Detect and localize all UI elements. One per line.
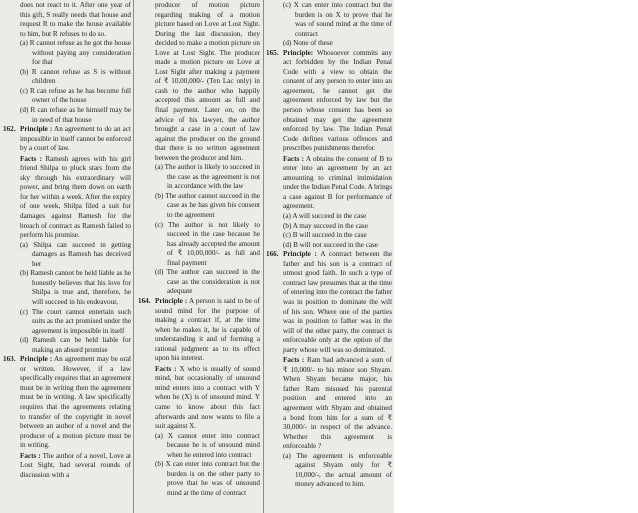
option-b: (b) A may succeed in the case (283, 222, 392, 232)
question-164: 164. Principle : A person is said to be … (138, 297, 260, 498)
facts-label: Facts : (20, 155, 42, 163)
facts-label: Facts : (155, 365, 177, 373)
option-a: (a) R cannot refuse as he got the house … (20, 39, 131, 68)
option-d: (d) None of these (283, 39, 392, 49)
principle-label: Principle : (155, 297, 187, 305)
facts: Facts : Ram had advanced a sum of ₹ 10,0… (283, 356, 392, 451)
principle-text: An agreement may be oral or written. How… (20, 355, 131, 449)
option-d: (d) R can refuse as he himself may be in… (20, 106, 131, 125)
facts-label: Facts : (20, 452, 41, 460)
principle: Principle : An agreement to do an act im… (20, 125, 131, 154)
option-c: (c) R can refuse as he has become full o… (20, 87, 131, 106)
option-d: (d) B will not succeed in the case (283, 241, 392, 251)
question-166: 166. Principle : A contract between the … (266, 250, 392, 490)
principle-label: Principle : (20, 125, 52, 133)
question-number: 164. (138, 297, 151, 307)
option-b: (b) R cannot refuse as S is without chil… (20, 68, 131, 87)
facts-text: A obtains the consent of B to enter into… (283, 155, 392, 211)
principle-label: Principle: (283, 49, 313, 57)
option-a: (a) Shilpa can succeed in getting damage… (20, 241, 131, 270)
facts-label: Facts : (283, 155, 304, 163)
principle-label: Principle : (20, 355, 52, 363)
column-1: does not react to it. After one year of … (3, 1, 131, 513)
option-a: (a) A will succeed in the case (283, 212, 392, 222)
principle-label: Principle : (283, 250, 317, 258)
scanned-document-page: does not react to it. After one year of … (0, 0, 394, 513)
column-3: (c) X can enter into contract but the bu… (266, 1, 392, 513)
question-number: 166. (266, 250, 279, 260)
principle: Principle : A person is said to be of so… (155, 297, 260, 364)
option-a: (a) The author is likely to succeed in t… (155, 163, 260, 192)
facts-label: Facts : (283, 356, 304, 364)
question-163: 163. Principle : An agreement may be ora… (3, 355, 131, 480)
continuation-text: producer of motion picture regarding mak… (155, 1, 260, 163)
principle: Principle : A contract between the fathe… (283, 250, 392, 355)
principle-text: A contract between the father and his so… (283, 250, 392, 353)
column-divider (133, 0, 134, 513)
facts: Facts : The author of a novel, Love at L… (20, 452, 131, 481)
question-161-continuation: does not react to it. After one year of … (3, 1, 131, 125)
question-162: 162. Principle : An agreement to do an a… (3, 125, 131, 355)
option-b: (b) Ramesh cannot be held liable as he h… (20, 269, 131, 307)
column-divider (263, 0, 264, 513)
facts: Facts : X who is usually of sound mind, … (155, 365, 260, 432)
facts: Facts : A obtains the consent of B to en… (283, 155, 392, 212)
option-d: (d) The author can succeed in the case a… (155, 268, 260, 297)
column-2: producer of motion picture regarding mak… (138, 1, 260, 513)
option-a: (a) The agreement is enforceable against… (283, 452, 392, 490)
question-163-continuation: producer of motion picture regarding mak… (138, 1, 260, 297)
question-number: 162. (3, 125, 16, 135)
facts-text: Ramesh agrees with his girl friend Shilp… (20, 155, 131, 239)
question-165: 165. Principle: Whosoever commits any ac… (266, 49, 392, 250)
option-c: (c) B will succeed in the case (283, 231, 392, 241)
option-b: (b) X can enter into contract but the bu… (155, 460, 260, 498)
facts-text: X who is usually of sound mind, but occa… (155, 365, 260, 430)
continuation-text: does not react to it. After one year of … (20, 1, 131, 39)
principle: Principle: Whosoever commits any act for… (283, 49, 392, 154)
option-d: (d) Ramesh can be held liable for making… (20, 336, 131, 355)
option-b: (b) The author cannot succeed in the cas… (155, 192, 260, 221)
question-164-continuation: (c) X can enter into contract but the bu… (266, 1, 392, 49)
option-c: (c) X can enter into contract but the bu… (283, 1, 392, 39)
principle-text: A person is said to be of sound mind for… (155, 297, 260, 362)
option-c: (c) The court cannot entertain such suit… (20, 308, 131, 337)
question-number: 165. (266, 49, 279, 59)
option-c: (c) The author is not likely to succeed … (155, 221, 260, 269)
question-number: 163. (3, 355, 16, 365)
facts: Facts : Ramesh agrees with his girl frie… (20, 155, 131, 241)
option-a: (a) X cannot enter into contract because… (155, 432, 260, 461)
facts-text: Ram had advanced a sum of ₹ 10,000/- to … (283, 356, 392, 450)
principle-text: Whosoever commits any act forbidden by t… (283, 49, 392, 152)
principle: Principle : An agreement may be oral or … (20, 355, 131, 450)
